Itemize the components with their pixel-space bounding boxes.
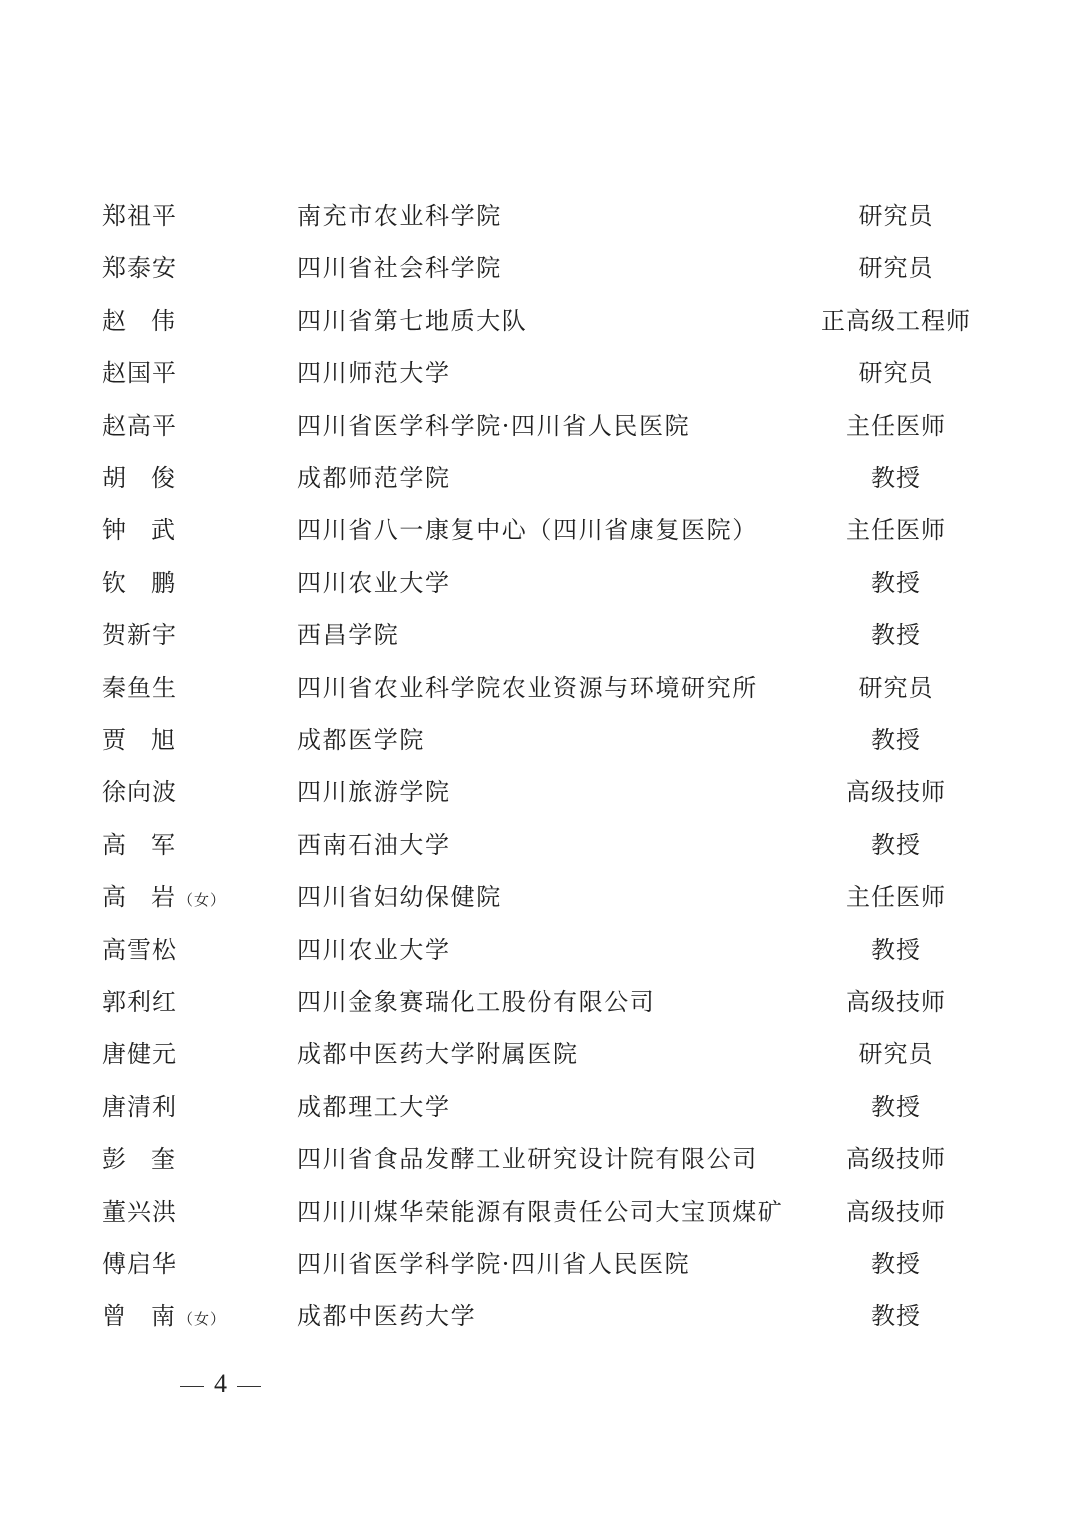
list-item: 高军 西南石油大学 教授 [0,819,1080,871]
job-title: 教授 [800,609,992,661]
name-text: 郭利红 [102,988,177,1016]
list-item: 唐健元 成都中医药大学附属医院 研究员 [0,1028,1080,1080]
name-given: 武 [151,516,176,544]
list-item: 高岩（女） 四川省妇幼保健院 主任医师 [0,871,1080,923]
job-title: 教授 [800,1238,992,1290]
organization: 成都师范学院 [297,452,451,504]
name-given: 旭 [151,726,176,754]
person-name: 郑祖平 [102,190,292,242]
person-name: 董兴洪 [102,1186,292,1238]
gender-note: （女） [178,891,226,909]
name-given: 鹏 [151,569,176,597]
list-item: 赵高平 四川省医学科学院·四川省人民医院 主任医师 [0,400,1080,452]
job-title: 教授 [800,557,992,609]
organization: 成都中医药大学附属医院 [297,1028,579,1080]
organization: 四川省第七地质大队 [297,295,527,347]
name-text: 唐清利 [102,1093,177,1121]
job-title: 正高级工程师 [800,295,992,347]
job-title: 高级技师 [800,1186,992,1238]
name-surname: 高 [102,883,127,911]
page-number-text: 4 [214,1369,227,1398]
name-given: 俊 [151,464,176,492]
job-title: 教授 [800,924,992,976]
name-text: 郑祖平 [102,202,177,230]
list-item: 郭利红 四川金象赛瑞化工股份有限公司 高级技师 [0,976,1080,1028]
job-title: 高级技师 [800,976,992,1028]
organization: 四川省医学科学院·四川省人民医院 [297,400,690,452]
organization: 四川师范大学 [297,347,451,399]
gender-note: （女） [178,1310,226,1328]
job-title: 主任医师 [800,504,992,556]
dash-right [237,1386,261,1387]
list-item: 赵伟 四川省第七地质大队 正高级工程师 [0,295,1080,347]
name-text: 郑泰安 [102,254,177,282]
name-text: 赵高平 [102,412,177,440]
name-surname: 钦 [102,569,127,597]
list-item: 郑泰安 四川省社会科学院 研究员 [0,242,1080,294]
person-name: 郭利红 [102,976,292,1028]
organization: 四川金象赛瑞化工股份有限公司 [297,976,655,1028]
name-given: 伟 [151,307,176,335]
list-item: 秦鱼生 四川省农业科学院农业资源与环境研究所 研究员 [0,662,1080,714]
job-title: 研究员 [800,190,992,242]
name-surname: 曾 [102,1302,127,1330]
document-page: 郑祖平 南充市农业科学院 研究员 郑泰安 四川省社会科学院 研究员 赵伟 四川省… [0,0,1080,1528]
person-name: 秦鱼生 [102,662,292,714]
organization: 成都理工大学 [297,1081,451,1133]
list-item: 彭奎 四川省食品发酵工业研究设计院有限公司 高级技师 [0,1133,1080,1185]
organization: 成都医学院 [297,714,425,766]
job-title: 研究员 [800,1028,992,1080]
job-title: 教授 [800,452,992,504]
name-surname: 彭 [102,1145,127,1173]
person-name: 彭奎 [102,1133,292,1185]
list-item: 胡俊 成都师范学院 教授 [0,452,1080,504]
organization: 西昌学院 [297,609,399,661]
name-text: 赵国平 [102,359,177,387]
name-given: 奎 [151,1145,176,1173]
name-text: 徐向波 [102,778,177,806]
job-title: 主任医师 [800,400,992,452]
person-name: 胡俊 [102,452,292,504]
list-item: 曾南（女） 成都中医药大学 教授 [0,1290,1080,1342]
organization: 四川农业大学 [297,924,451,976]
list-item: 董兴洪 四川川煤华荣能源有限责任公司大宝顶煤矿 高级技师 [0,1186,1080,1238]
name-given: 军 [151,831,176,859]
person-name: 唐清利 [102,1081,292,1133]
name-text: 高雪松 [102,936,177,964]
organization: 南充市农业科学院 [297,190,502,242]
person-name: 贺新宇 [102,609,292,661]
list-item: 徐向波 四川旅游学院 高级技师 [0,766,1080,818]
person-name: 赵高平 [102,400,292,452]
person-name: 高岩（女） [102,871,292,926]
list-item: 赵国平 四川师范大学 研究员 [0,347,1080,399]
name-given: 南 [151,1302,176,1330]
job-title: 主任医师 [800,871,992,923]
person-name: 傅启华 [102,1238,292,1290]
organization: 四川省八一康复中心（四川省康复医院） [297,504,758,556]
dash-left [180,1386,204,1387]
organization: 四川旅游学院 [297,766,451,818]
job-title: 教授 [800,714,992,766]
job-title: 教授 [800,819,992,871]
organization: 西南石油大学 [297,819,451,871]
organization: 四川省社会科学院 [297,242,502,294]
name-surname: 赵 [102,307,127,335]
name-surname: 贾 [102,726,127,754]
list-item: 高雪松 四川农业大学 教授 [0,924,1080,976]
organization: 四川省食品发酵工业研究设计院有限公司 [297,1133,758,1185]
name-surname: 高 [102,831,127,859]
list-item: 钦鹏 四川农业大学 教授 [0,557,1080,609]
name-text: 唐健元 [102,1040,177,1068]
person-name: 郑泰安 [102,242,292,294]
list-item: 郑祖平 南充市农业科学院 研究员 [0,190,1080,242]
person-name: 钦鹏 [102,557,292,609]
job-title: 研究员 [800,242,992,294]
name-text: 贺新宇 [102,621,177,649]
organization: 四川省农业科学院农业资源与环境研究所 [297,662,758,714]
person-name: 唐健元 [102,1028,292,1080]
name-text: 傅启华 [102,1250,177,1278]
name-text: 秦鱼生 [102,674,177,702]
person-name: 赵国平 [102,347,292,399]
organization: 四川川煤华荣能源有限责任公司大宝顶煤矿 [297,1186,783,1238]
job-title: 高级技师 [800,766,992,818]
person-name: 高军 [102,819,292,871]
organization: 四川省妇幼保健院 [297,871,502,923]
job-title: 教授 [800,1081,992,1133]
list-item: 贺新宇 西昌学院 教授 [0,609,1080,661]
person-name: 徐向波 [102,766,292,818]
person-name: 高雪松 [102,924,292,976]
list-item: 唐清利 成都理工大学 教授 [0,1081,1080,1133]
person-name: 赵伟 [102,295,292,347]
list-item: 贾旭 成都医学院 教授 [0,714,1080,766]
person-name: 曾南（女） [102,1290,292,1345]
organization: 四川省医学科学院·四川省人民医院 [297,1238,690,1290]
name-surname: 胡 [102,464,127,492]
job-title: 研究员 [800,662,992,714]
name-text: 董兴洪 [102,1198,177,1226]
list-item: 傅启华 四川省医学科学院·四川省人民医院 教授 [0,1238,1080,1290]
job-title: 教授 [800,1290,992,1342]
job-title: 高级技师 [800,1133,992,1185]
person-name: 钟武 [102,504,292,556]
organization: 成都中医药大学 [297,1290,476,1342]
person-name: 贾旭 [102,714,292,766]
list-item: 钟武 四川省八一康复中心（四川省康复医院） 主任医师 [0,504,1080,556]
name-given: 岩 [151,883,176,911]
job-title: 研究员 [800,347,992,399]
name-surname: 钟 [102,516,127,544]
page-number: 4 [170,1366,271,1402]
organization: 四川农业大学 [297,557,451,609]
